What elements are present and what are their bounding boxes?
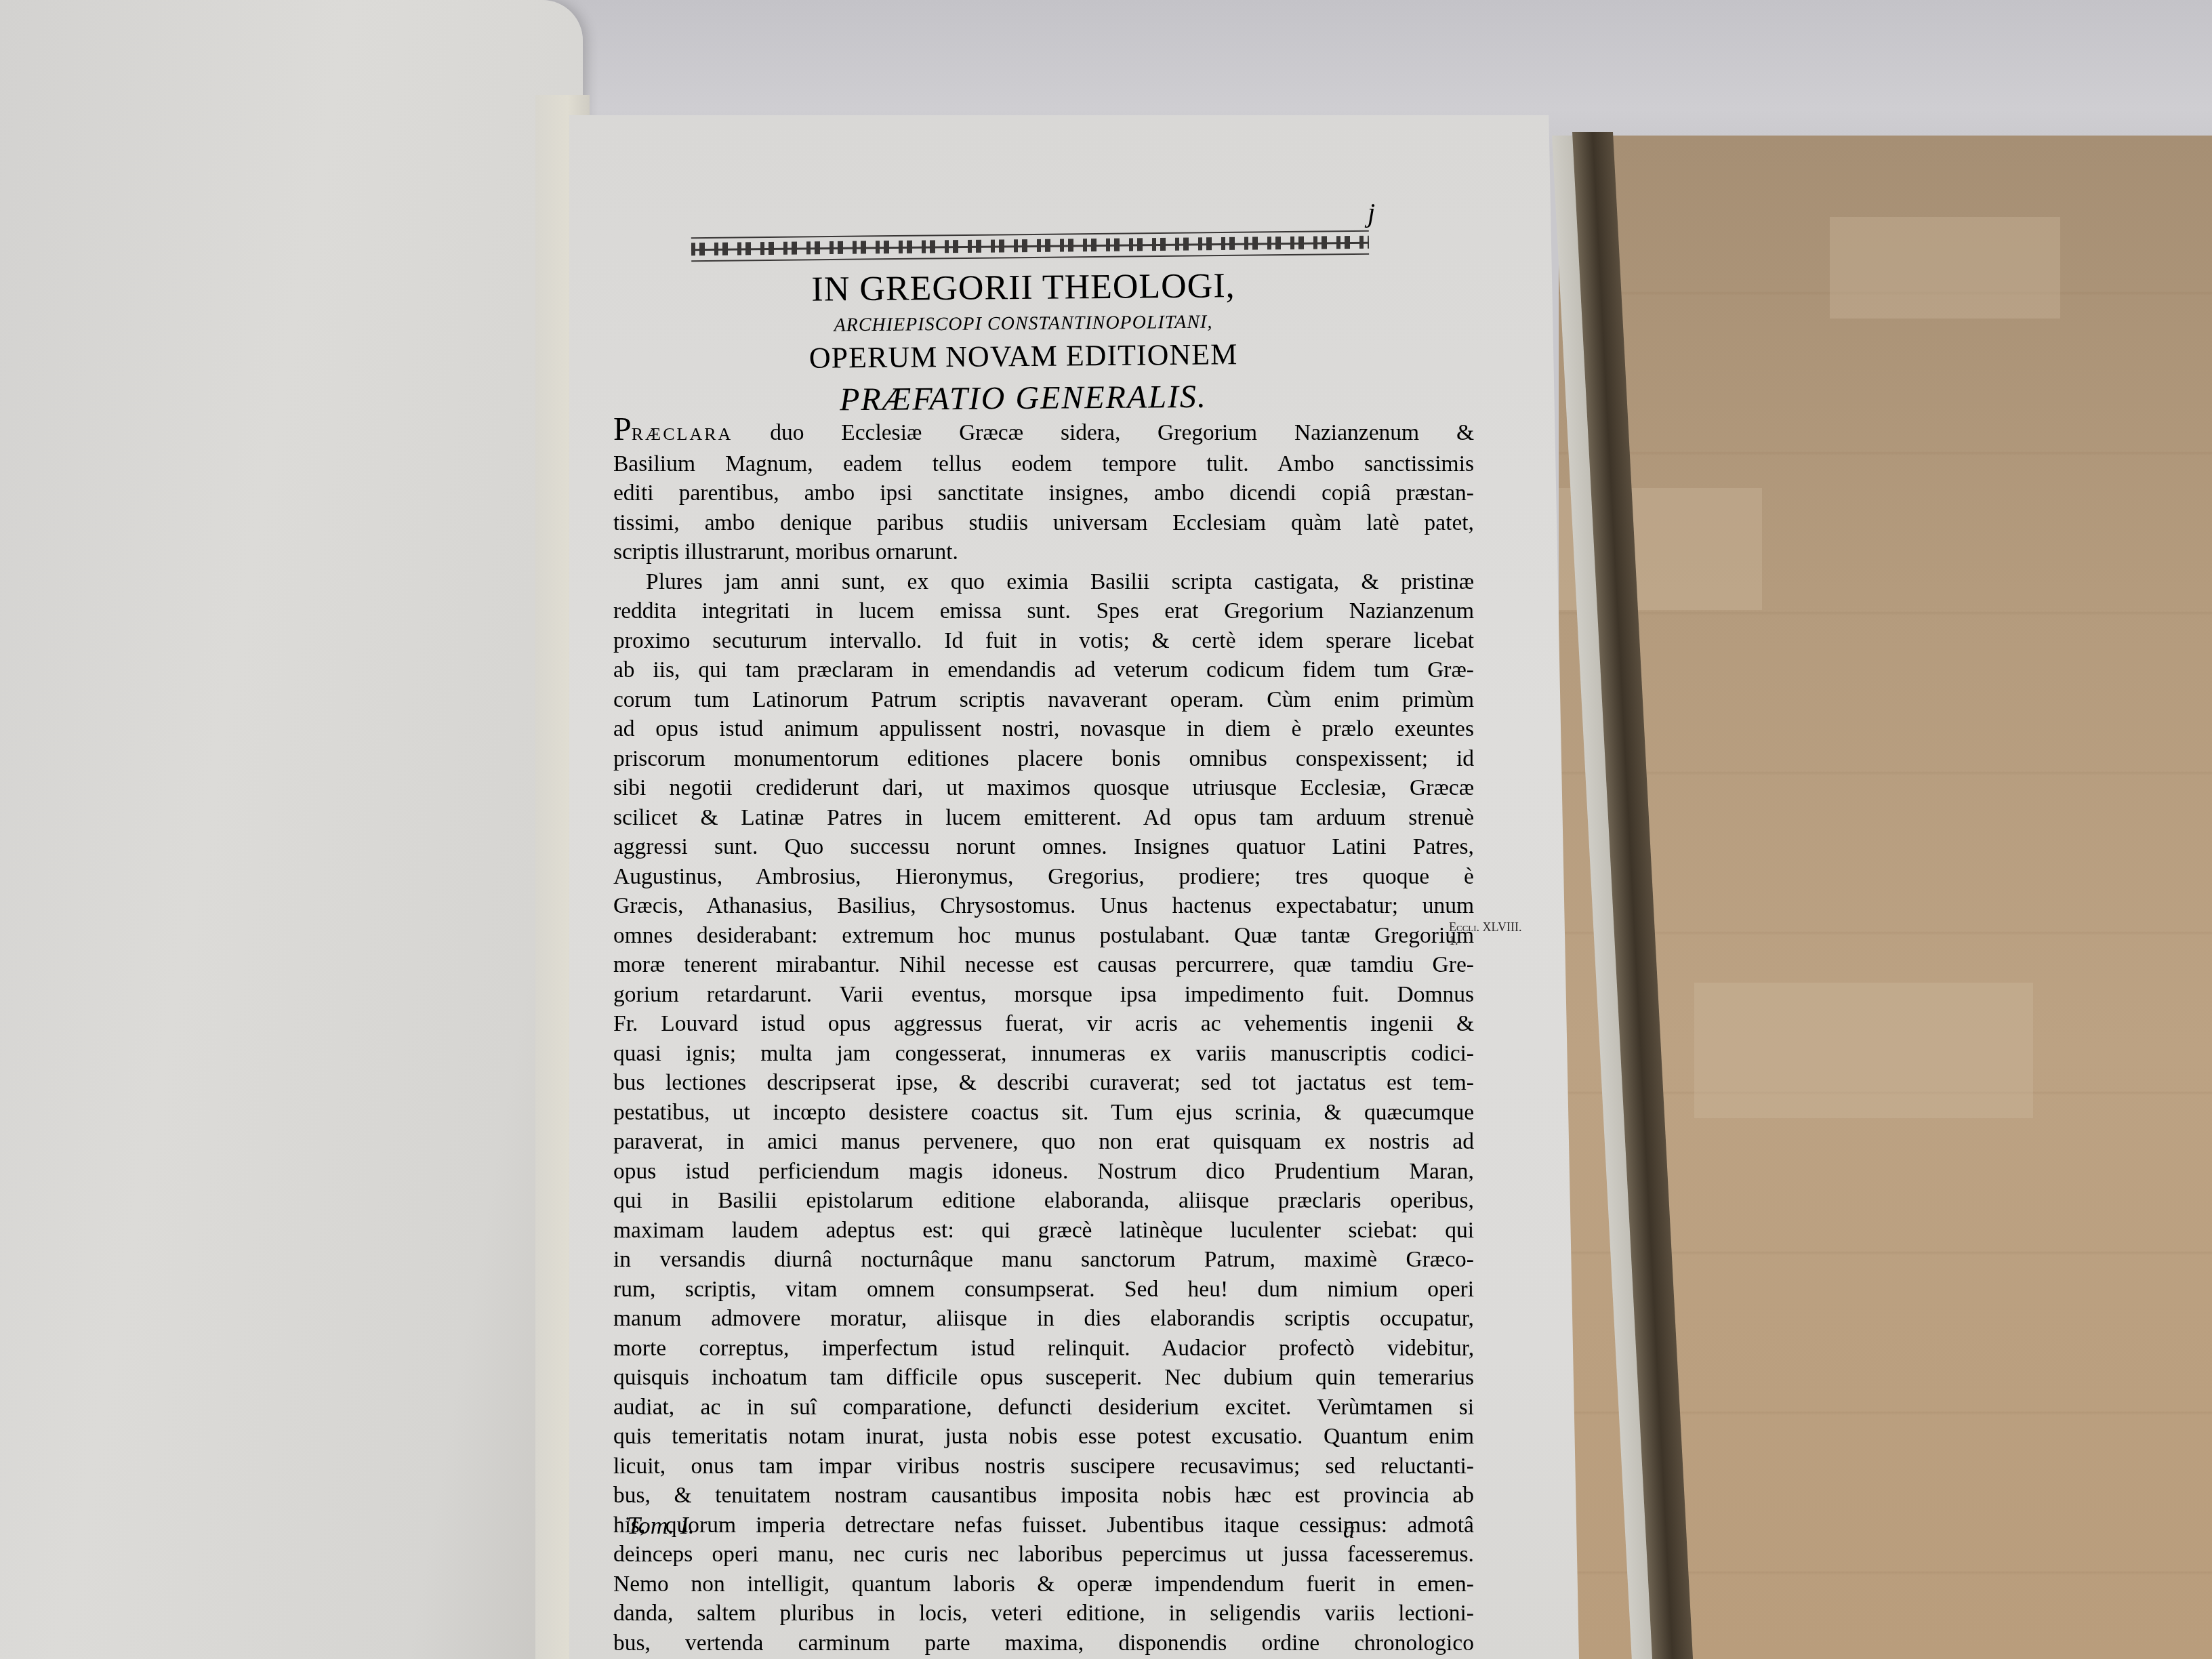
section-heading: PRÆFATIO GENERALIS. — [678, 377, 1369, 420]
text-line: tissimi, ambo denique paribus studiis un… — [613, 508, 1474, 538]
text-line: Fr. Louvard istud opus aggressus fuerat,… — [613, 1009, 1474, 1039]
text-line: deinceps operi manu, nec curis nec labor… — [613, 1540, 1474, 1570]
text-line: Augustinus, Ambrosius, Hieronymus, Grego… — [613, 862, 1474, 892]
text-line: qui in Basilii epistolarum editione elab… — [613, 1186, 1474, 1216]
wood-plank — [1830, 217, 2060, 319]
text-line: sibi negotii crediderunt dari, ut maximo… — [613, 773, 1474, 803]
text-line: Basilium Magnum, eadem tellus eodem temp… — [613, 449, 1474, 479]
page-subtitle-2: OPERUM NOVAM EDITIONEM — [678, 336, 1369, 377]
margin-note: Eccli. XLVIII. 1. — [1449, 920, 1521, 947]
text-line: bus lectiones descripserat ipse, & descr… — [613, 1068, 1474, 1098]
text-line: scilicet & Latinæ Patres in lucem emitte… — [613, 803, 1474, 833]
wood-plank — [1694, 983, 2033, 1118]
text-line: gorium retardarunt. Varii eventus, morsq… — [613, 980, 1474, 1010]
text-line: ab iis, qui tam præclaram in emendandis … — [613, 655, 1474, 685]
text-line: licuit, onus tam impar viribus nostris s… — [613, 1452, 1474, 1481]
margin-note-ref: Eccli. XLVIII. — [1449, 920, 1521, 934]
text-line: quis temeritatis notam inurat, justa nob… — [613, 1422, 1474, 1452]
text-line: moræ tenerent mirabantur. Nihil necesse … — [613, 950, 1474, 980]
text-line: aggressi sunt. Quo successu norunt omnes… — [613, 832, 1474, 862]
text-line: ad opus istud animum appulissent nostri,… — [613, 714, 1474, 744]
text-line: audiat, ac in suî comparatione, defuncti… — [613, 1393, 1474, 1422]
text-line: scriptis illustrarunt, moribus ornarunt. — [613, 537, 1474, 567]
text-line: manum admovere moratur, aliisque in dies… — [613, 1304, 1474, 1334]
text-line: Nemo non intelligit, quantum laboris & o… — [613, 1570, 1474, 1599]
text-line: quasi ignis; multa jam congesserat, innu… — [613, 1039, 1474, 1069]
text-line: pestatibus, ut incœpto desistere coactus… — [613, 1098, 1474, 1128]
margin-note-verse: 1. — [1449, 934, 1521, 947]
text-line: Plures jam anni sunt, ex quo eximia Basi… — [613, 567, 1474, 597]
volume-label: Tom. I. — [627, 1511, 695, 1540]
text-line: paraverat, in amici manus pervenere, quo… — [613, 1127, 1474, 1157]
body-text: PRÆCLARA duo Ecclesiæ Græcæ sidera, Greg… — [613, 415, 1474, 1658]
text-line: reddita integritati in lucem emissa sunt… — [613, 596, 1474, 626]
text-line: omnes desiderabant: extremum hoc munus p… — [613, 921, 1474, 951]
drop-cap: P — [613, 411, 632, 447]
text-line: bus, vertenda carminum parte maxima, dis… — [613, 1629, 1474, 1658]
text-line: in versandis diurnâ nocturnâque manu san… — [613, 1245, 1474, 1275]
text-line: maximam laudem adeptus est: qui græcè la… — [613, 1216, 1474, 1246]
text-line: proximo secuturum intervallo. Id fuit in… — [613, 626, 1474, 656]
text-line: rum, scriptis, vitam omnem consumpserat.… — [613, 1275, 1474, 1305]
text-line: PRÆCLARA duo Ecclesiæ Græcæ sidera, Greg… — [613, 415, 1474, 449]
left-page — [0, 0, 583, 1659]
page-title: IN GREGORII THEOLOGI, — [678, 265, 1369, 311]
text-line: corum tum Latinorum Patrum scriptis nava… — [613, 685, 1474, 715]
text-line: danda, saltem pluribus in locis, veteri … — [613, 1599, 1474, 1629]
text-line: quisquis inchoatum tam difficile opus su… — [613, 1363, 1474, 1393]
text-line: Græcis, Athanasius, Basilius, Chrysostom… — [613, 891, 1474, 921]
text-line: priscorum monumentorum editiones placere… — [613, 744, 1474, 774]
text-line: opus istud perficiendum magis idoneus. N… — [613, 1157, 1474, 1187]
text-line: bus, & tenuitatem nostram causantibus im… — [613, 1481, 1474, 1511]
signature-mark: a — [1343, 1518, 1355, 1544]
small-caps-lead: RÆCLARA — [632, 424, 733, 444]
text-line: morte correptus, imperfectum istud relin… — [613, 1334, 1474, 1364]
text-line: editi parentibus, ambo ipsi sanctitate i… — [613, 478, 1474, 508]
page-folio: j — [1368, 197, 1375, 228]
